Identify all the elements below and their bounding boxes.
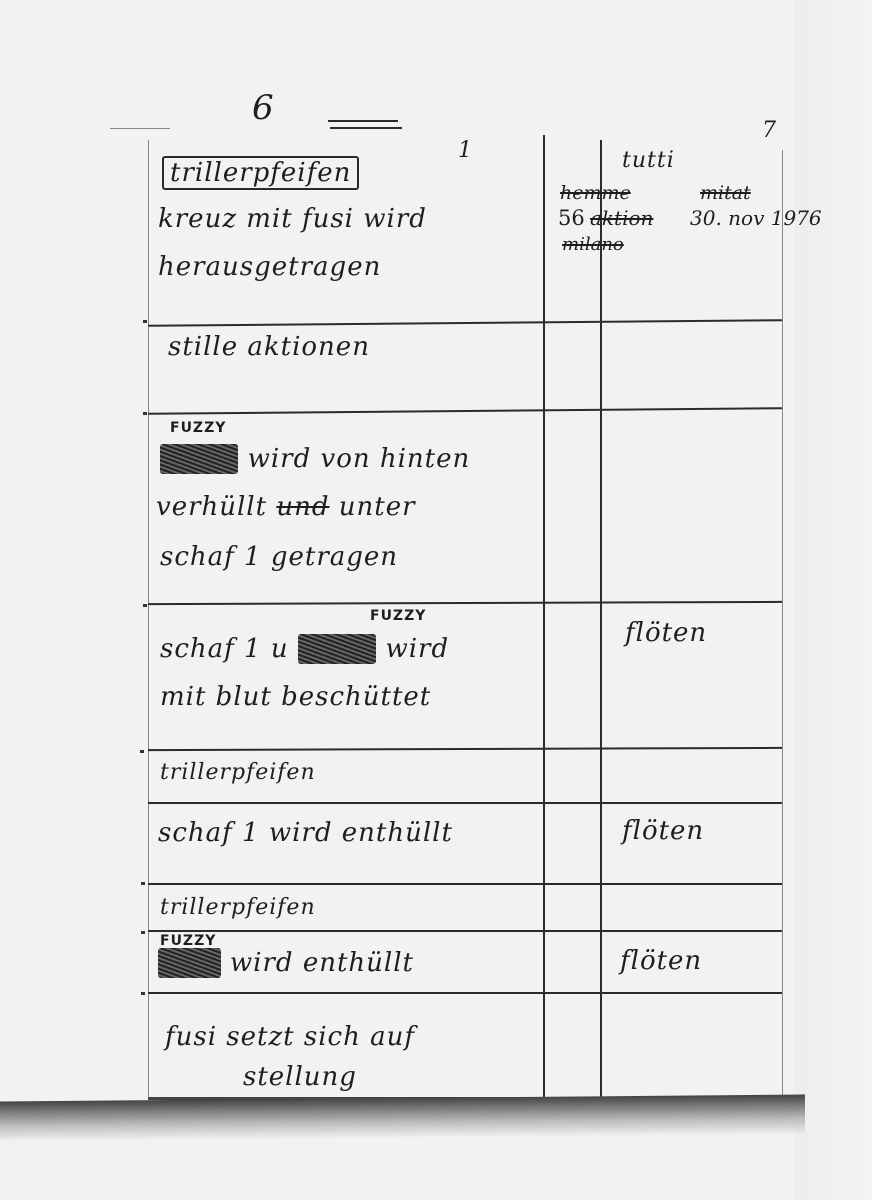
row-9-line-2: stellung bbox=[243, 1062, 357, 1092]
paper-margin bbox=[795, 0, 872, 1200]
fuzzy-insert: FUZZY bbox=[370, 608, 426, 624]
row-8-text: wird enthüllt bbox=[230, 948, 414, 978]
row-1-line-3: herausgetragen bbox=[158, 252, 381, 282]
row-3-line-2: verhüllt und unter bbox=[156, 492, 416, 522]
header-underline bbox=[328, 120, 398, 122]
row-divider bbox=[148, 930, 782, 932]
margin-dot bbox=[143, 320, 147, 323]
struck-note: aktion bbox=[590, 206, 653, 230]
column-divider-2 bbox=[600, 140, 602, 1098]
row-4-text: schaf 1 u bbox=[160, 634, 289, 664]
row-8-line-1: xxxx wird enthüllt bbox=[158, 948, 414, 978]
struck-note: hemme bbox=[560, 182, 631, 204]
row-3-text: verhüllt bbox=[156, 492, 267, 522]
row-3-text: unter bbox=[339, 492, 416, 522]
header-mark: 6 bbox=[252, 88, 275, 128]
struck-note: mitat bbox=[700, 182, 751, 204]
margin-dot bbox=[141, 931, 145, 934]
column-divider-1 bbox=[543, 135, 545, 1100]
row-4-line-1: schaf 1 u xxxxx wird bbox=[160, 634, 449, 664]
margin-dot bbox=[143, 412, 147, 415]
table-left-border bbox=[148, 140, 149, 1100]
row-7-line-1: trillerpfeifen bbox=[160, 895, 316, 920]
struck-word: und bbox=[276, 492, 329, 522]
row-4-line-2: mit blut beschüttet bbox=[160, 682, 431, 712]
row-2-line-1: stille aktionen bbox=[168, 332, 370, 362]
row-divider bbox=[148, 802, 782, 804]
fuzzy-insert: FUZZY bbox=[170, 420, 226, 436]
row-divider bbox=[148, 407, 782, 415]
row-divider bbox=[148, 601, 782, 605]
row-4-text: wird bbox=[385, 634, 449, 664]
fuzzy-insert: FUZZY bbox=[160, 933, 216, 949]
row-6-cue: flöten bbox=[622, 816, 704, 846]
boxed-cue: trillerpfeifen bbox=[162, 156, 359, 190]
note-number: 56 bbox=[558, 206, 585, 230]
margin-dot bbox=[140, 750, 144, 753]
struck-note: milano bbox=[562, 234, 624, 255]
tutti-label: tutti bbox=[622, 148, 675, 173]
row-1-line-1: trillerpfeifen bbox=[162, 158, 359, 188]
row-6-line-1: schaf 1 wird enthüllt bbox=[158, 818, 453, 848]
scribble: xxxxx bbox=[160, 444, 238, 474]
row-4-cue: flöten bbox=[625, 618, 707, 648]
page-number-right: 7 bbox=[762, 118, 777, 143]
table-right-border bbox=[782, 150, 783, 1095]
scribble: xxxxx bbox=[298, 634, 376, 664]
row-divider bbox=[148, 992, 782, 994]
header-dash bbox=[110, 128, 170, 129]
row-3-text: wird von hinten bbox=[248, 444, 471, 474]
margin-dot bbox=[143, 604, 147, 607]
row-3-line-3: schaf 1 getragen bbox=[160, 542, 398, 572]
row-divider bbox=[148, 883, 782, 885]
row-3-line-1: xxxxx wird von hinten bbox=[160, 444, 470, 474]
row-divider bbox=[148, 319, 782, 327]
page-number-left: 1 bbox=[458, 138, 473, 163]
margin-dot bbox=[141, 882, 145, 885]
margin-dot bbox=[141, 992, 145, 995]
row-8-cue: flöten bbox=[620, 946, 702, 976]
row-9-line-1: fusi setzt sich auf bbox=[165, 1022, 415, 1052]
header-underline bbox=[330, 127, 402, 129]
date-note: 30. nov 1976 bbox=[690, 206, 822, 230]
row-divider bbox=[148, 747, 782, 751]
scribble: xxxx bbox=[158, 948, 221, 978]
row-5-line-1: trillerpfeifen bbox=[160, 760, 316, 785]
scan-shadow bbox=[0, 1094, 805, 1141]
row-1-line-2: kreuz mit fusi wird bbox=[158, 204, 427, 234]
